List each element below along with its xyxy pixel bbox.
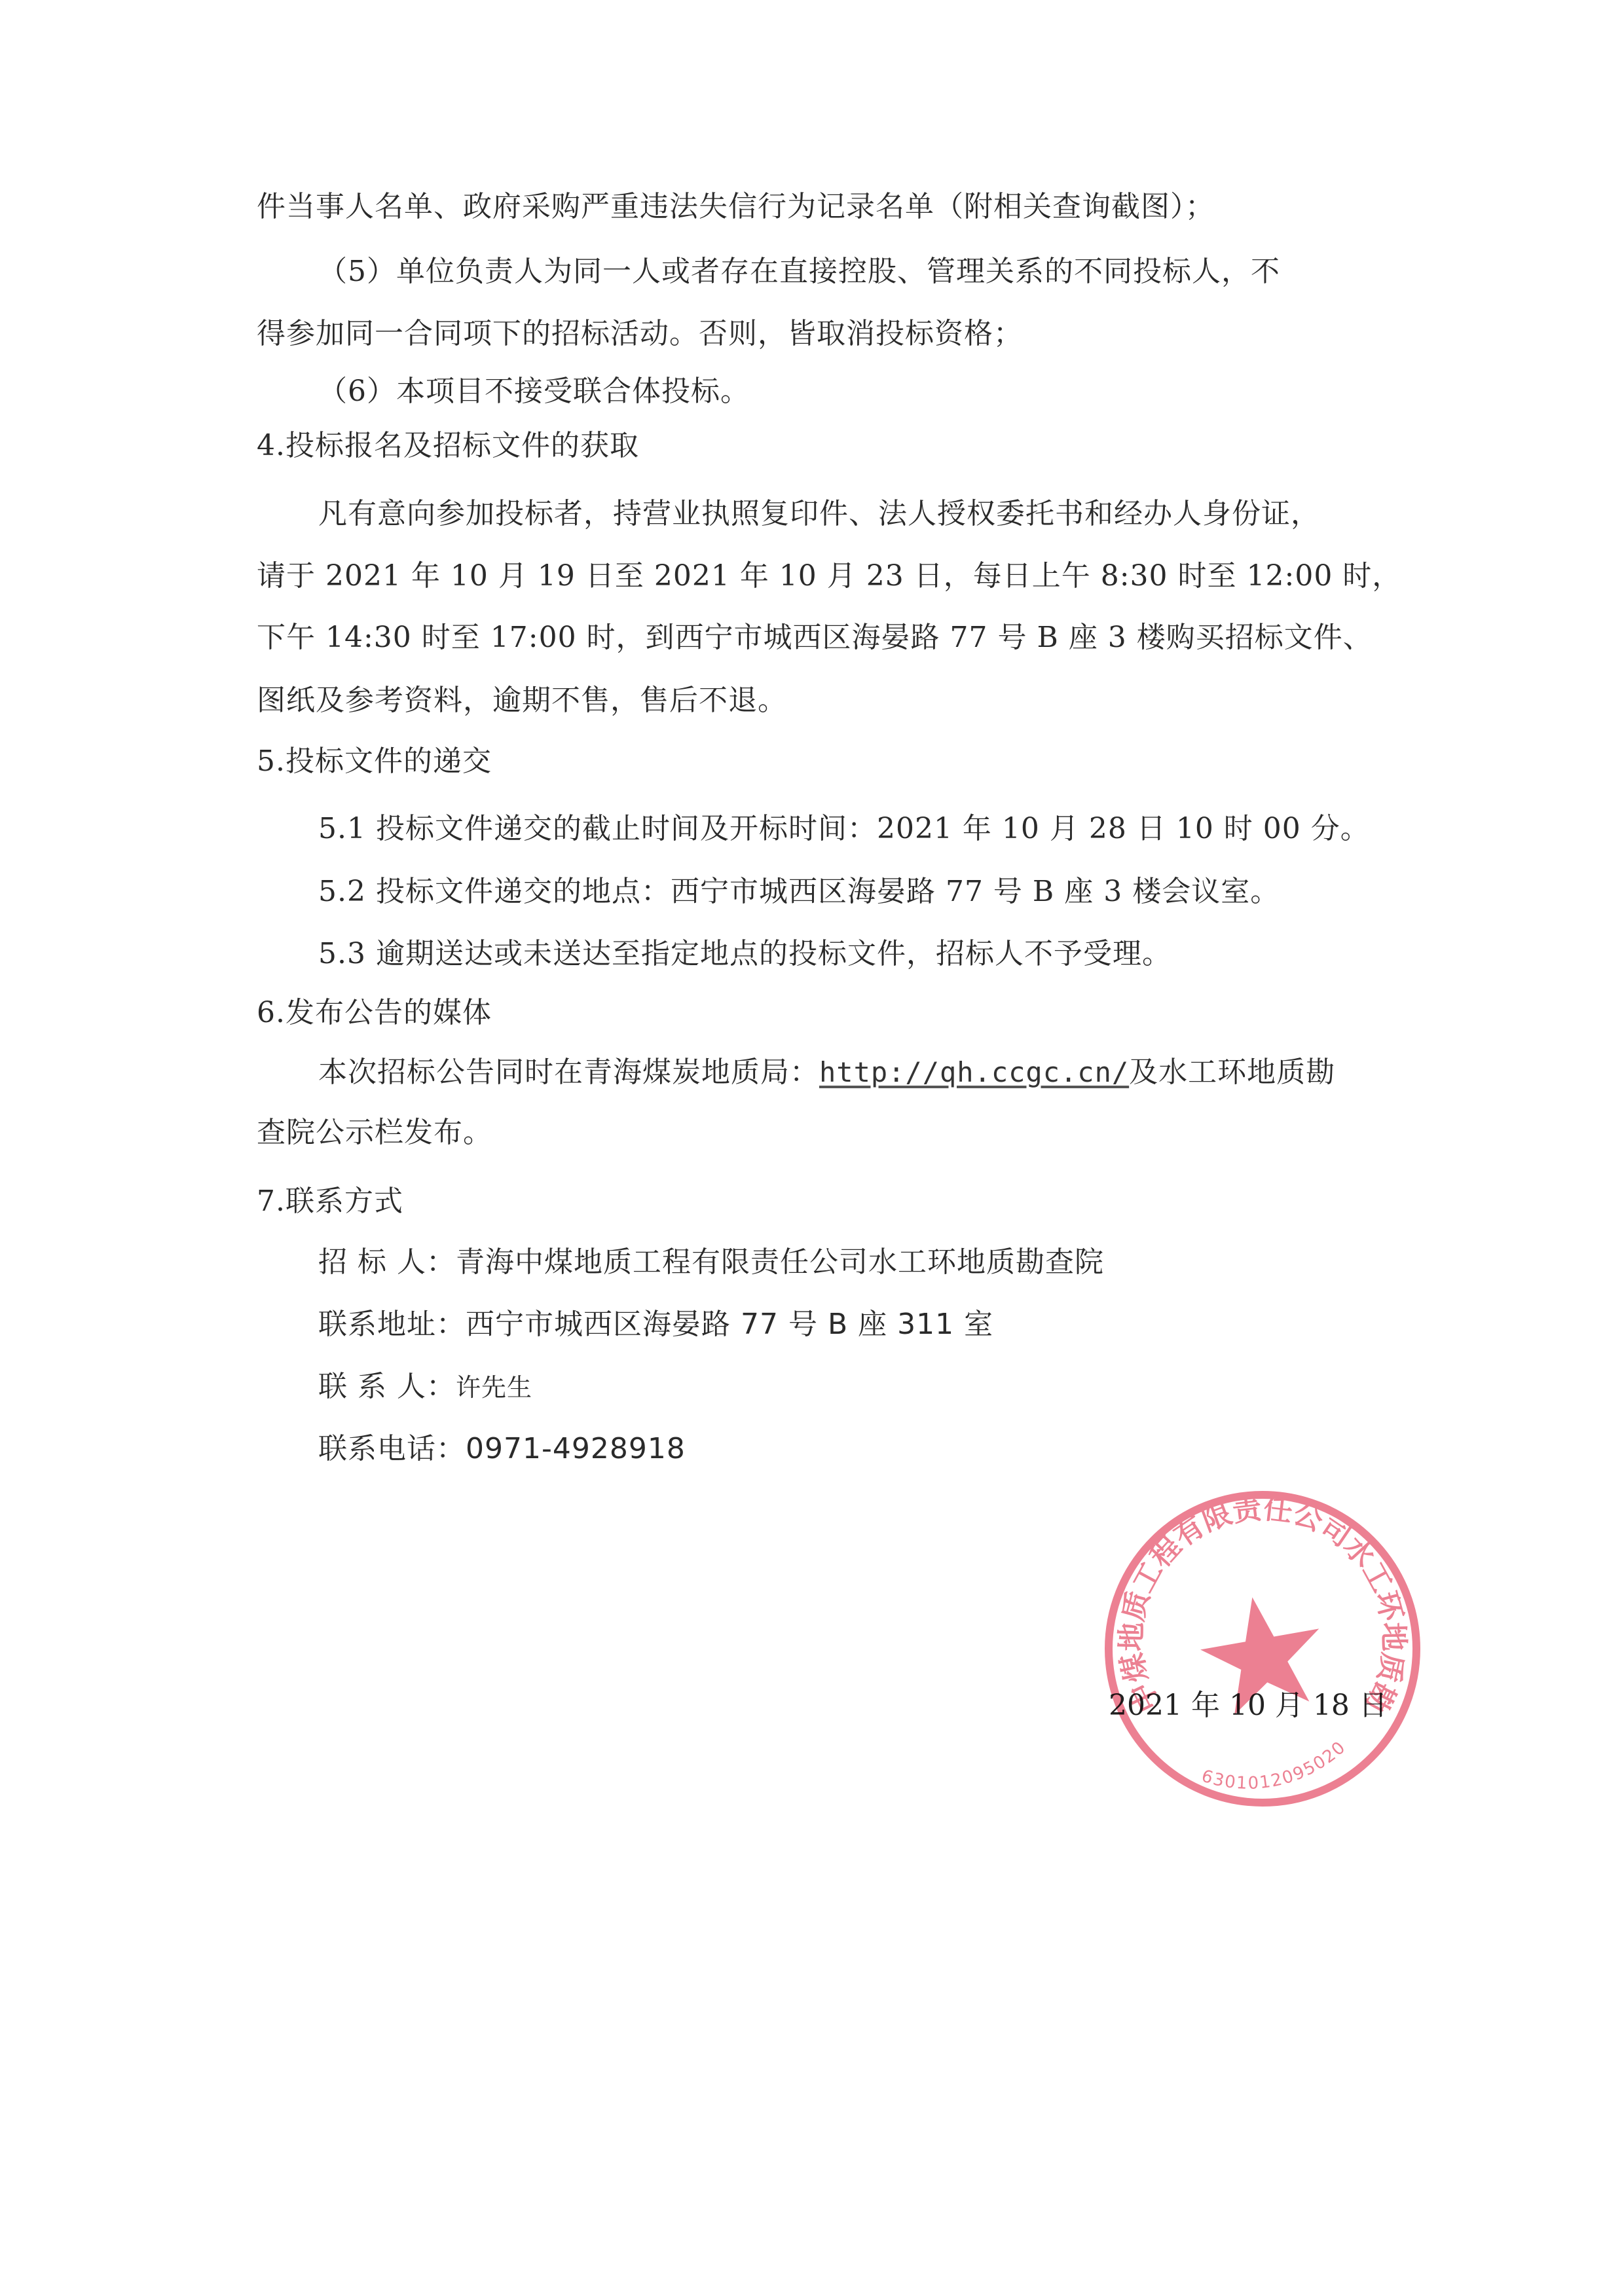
official-seal-icon: 青海中煤地质工程有限责任公司水工环地质勘查院 6301012095020	[1092, 1478, 1433, 1819]
contact-tenderer: 招 标 人：青海中煤地质工程有限责任公司水工环地质勘查院	[318, 1243, 1104, 1282]
section-6-heading: 6.发布公告的媒体	[257, 993, 492, 1033]
contact-value: 许先生	[456, 1373, 532, 1402]
item-5-line-1: （5）单位负责人为同一人或者存在直接控股、管理关系的不同投标人，不	[318, 252, 1280, 291]
section-5-item-3: 5.3 逾期送达或未送达至指定地点的投标文件，招标人不予受理。	[318, 934, 1172, 974]
section-6-line-1: 本次招标公告同时在青海煤炭地质局：http://qh.ccgc.cn/及水工环地…	[318, 1053, 1335, 1092]
address-label: 联系地址：	[318, 1308, 466, 1341]
contact-person: 联 系 人：许先生	[318, 1367, 532, 1407]
section-7-heading: 7.联系方式	[257, 1182, 403, 1221]
section-6-prefix: 本次招标公告同时在青海煤炭地质局：	[318, 1056, 819, 1089]
section-4-line-1: 凡有意向参加投标者，持营业执照复印件、法人授权委托书和经办人身份证，	[318, 494, 1320, 534]
address-value: 西宁市城西区海晏路 77 号 B 座 311 室	[466, 1308, 993, 1341]
section-5-heading: 5.投标文件的递交	[257, 742, 492, 781]
item-6: （6）本项目不接受联合体投标。	[318, 372, 750, 411]
phone-value: 0971-4928918	[466, 1432, 686, 1465]
section-5-item-2: 5.2 投标文件递交的地点：西宁市城西区海晏路 77 号 B 座 3 楼会议室。	[318, 872, 1280, 911]
paragraph-continuation: 件当事人名单、政府采购严重违法失信行为记录名单（附相关查询截图）；	[257, 187, 1215, 227]
item-5-line-2: 得参加同一合同项下的招标活动。否则，皆取消投标资格；	[257, 314, 1023, 354]
contact-phone: 联系电话：0971-4928918	[318, 1429, 686, 1469]
document-page: 件当事人名单、政府采购严重违法失信行为记录名单（附相关查询截图）； （5）单位负…	[0, 0, 1624, 2295]
phone-label: 联系电话：	[318, 1432, 466, 1465]
section-4-line-4: 图纸及参考资料，逾期不售，售后不退。	[257, 681, 787, 720]
tenderer-label: 招 标 人：	[318, 1245, 456, 1279]
website-link[interactable]: http://qh.ccgc.cn/	[819, 1056, 1129, 1088]
section-5-item-1: 5.1 投标文件递交的截止时间及开标时间：2021 年 10 月 28 日 10…	[318, 809, 1370, 849]
tenderer-value: 青海中煤地质工程有限责任公司水工环地质勘查院	[456, 1245, 1104, 1279]
contact-address: 联系地址：西宁市城西区海晏路 77 号 B 座 311 室	[318, 1305, 993, 1344]
section-4-line-3: 下午 14:30 时至 17:00 时，到西宁市城西区海晏路 77 号 B 座 …	[257, 618, 1373, 657]
section-4-line-2: 请于 2021 年 10 月 19 日至 2021 年 10 月 23 日，每日…	[257, 557, 1401, 596]
section-6-suffix: 及水工环地质勘	[1129, 1056, 1335, 1089]
contact-label: 联 系 人：	[318, 1370, 456, 1403]
section-4-heading: 4.投标报名及招标文件的获取	[257, 426, 639, 466]
section-6-line-2: 查院公示栏发布。	[257, 1113, 492, 1152]
